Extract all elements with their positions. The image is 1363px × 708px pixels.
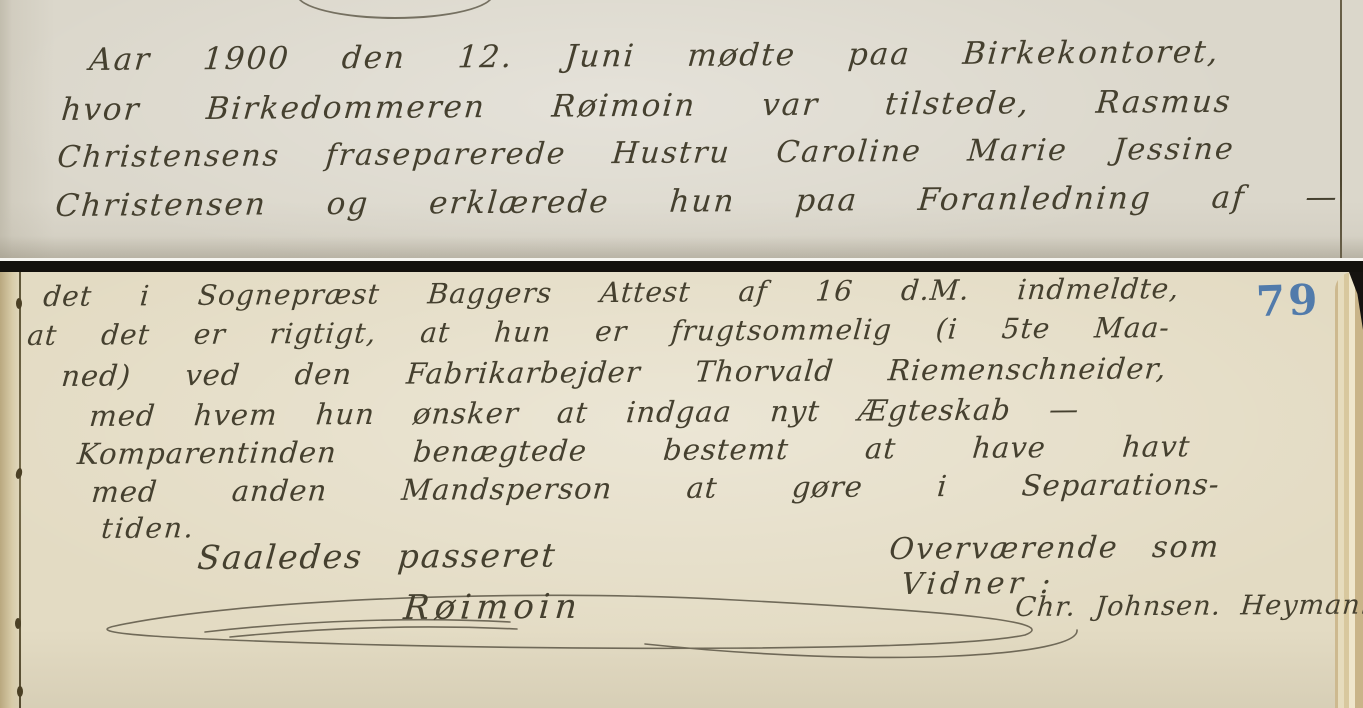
handwritten-line: med hvem hun ønsker at indgaa nyt Ægtesk… xyxy=(88,392,1081,433)
record-page-bottom: 79 det i Sognepræst Baggers Attest af 16… xyxy=(0,272,1363,708)
handwritten-line: at det er rigtigt, at hun er frugtsommel… xyxy=(26,311,1171,352)
official-signature: Røimoin xyxy=(402,587,583,628)
page-edge-stack xyxy=(1335,272,1363,708)
scan-divider xyxy=(0,261,1363,272)
witness-heading-line1: Overværende som xyxy=(888,530,1222,567)
binding-stitch-line xyxy=(19,272,21,708)
handwritten-line: det i Sognepræst Baggers Attest af 16 d.… xyxy=(42,272,1181,313)
stitch-dot xyxy=(15,618,21,629)
page-edge-left xyxy=(0,0,12,258)
handwritten-line: hvor Birkedommeren Røimoin var tilstede,… xyxy=(60,84,1233,128)
stitch-dot xyxy=(17,686,23,697)
handwritten-line: Aar 1900 den 12. Juni mødte paa Birkekon… xyxy=(88,34,1221,78)
handwritten-line: tiden. xyxy=(100,511,196,545)
handwritten-line: Komparentinden benægtede bestemt at have… xyxy=(76,429,1192,471)
handwritten-line: Christensens fraseparerede Hustru Caroli… xyxy=(56,132,1236,175)
scan-edge-shadow xyxy=(0,236,1363,258)
oval-stamp-arc xyxy=(296,0,494,19)
handwritten-line: ned) ved den Fabrikarbejder Thorvald Rie… xyxy=(60,351,1168,393)
stitch-dot xyxy=(16,298,22,309)
handwritten-line: med anden Mandsperson at gøre i Separati… xyxy=(90,467,1221,509)
witness-signatures: Chr. Johnsen. Heymann xyxy=(1014,589,1363,623)
closing-attestation: Saaledes passeret xyxy=(196,535,558,577)
document-scan: Aar 1900 den 12. Juni mødte paa Birkekon… xyxy=(0,0,1363,708)
handwritten-line: Christensen og erklærede hun paa Foranle… xyxy=(54,179,1340,224)
page-edge-right xyxy=(1342,0,1363,258)
record-page-top: Aar 1900 den 12. Juni mødte paa Birkekon… xyxy=(0,0,1363,258)
page-number-stamp: 79 xyxy=(1255,275,1321,326)
